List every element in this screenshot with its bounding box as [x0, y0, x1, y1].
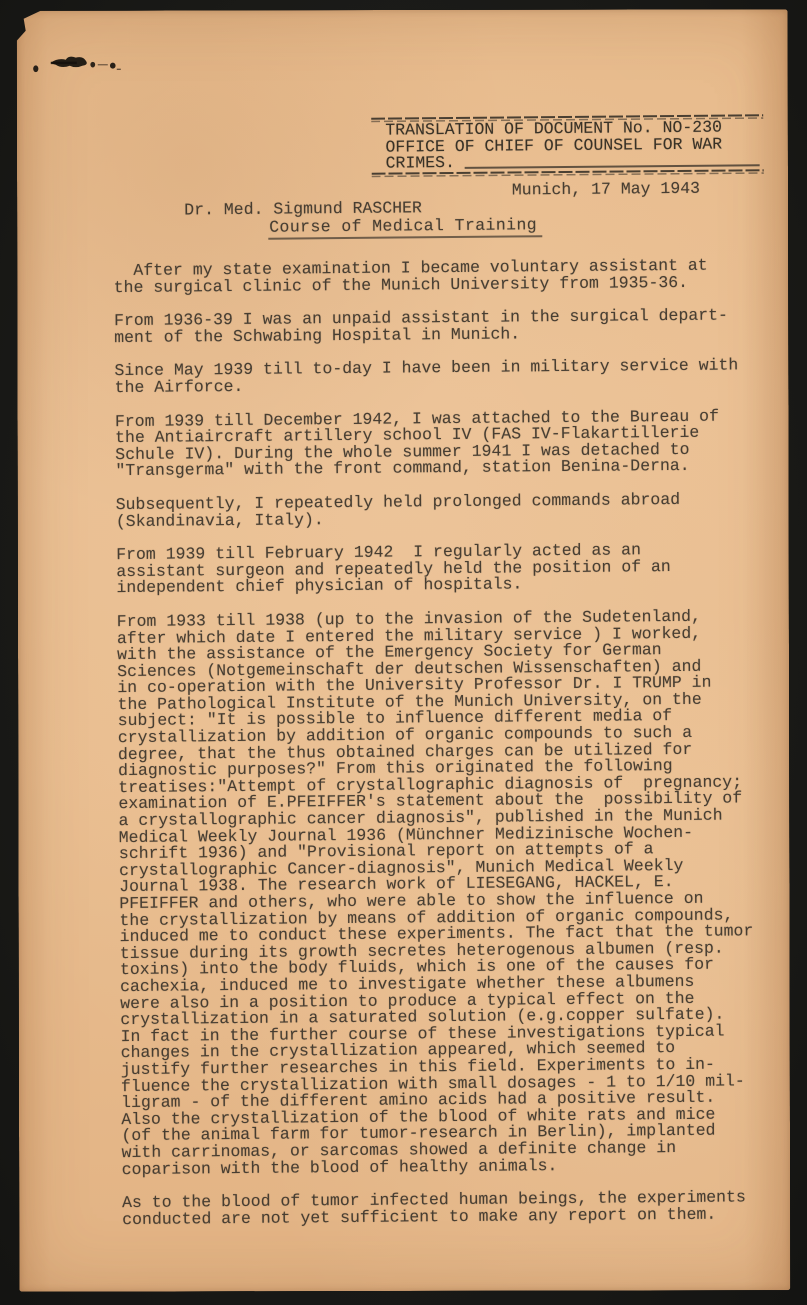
paragraph-3: Since May 1939 till to-day I have been i… — [114, 358, 766, 397]
document-header-stamp: TRANSLATION OF DOCUMENT No. NO-230 OFFIC… — [371, 114, 764, 177]
document-body: After my state examination I became volu… — [114, 257, 775, 1245]
paragraph-1: After my state examination I became volu… — [114, 257, 766, 296]
typewritten-content: TRANSLATION OF DOCUMENT No. NO-230 OFFIC… — [16, 9, 799, 1297]
paragraph-7: From 1933 till 1938 (up to the invasion … — [117, 608, 774, 1178]
header-underline — [465, 164, 760, 169]
photo-background: TRANSLATION OF DOCUMENT No. NO-230 OFFIC… — [0, 0, 807, 1305]
paragraph-4: From 1939 till December 1942, I was atta… — [115, 408, 768, 480]
paragraph-8: As to the blood of tumor infected human … — [122, 1189, 774, 1228]
dateline: Munich, 17 May 1943 — [512, 181, 700, 199]
paragraph-5: Subsequently, I repeatedly held prolonge… — [116, 491, 768, 530]
document-page: TRANSLATION OF DOCUMENT No. NO-230 OFFIC… — [17, 9, 791, 1292]
header-line-3: CRIMES. — [386, 155, 455, 172]
paragraph-2: From 1936-39 I was an unpaid assistant i… — [114, 307, 766, 346]
paragraph-6: From 1939 till February 1942 I regularly… — [116, 541, 768, 597]
document-title: Course of Medical Training — [268, 217, 542, 239]
